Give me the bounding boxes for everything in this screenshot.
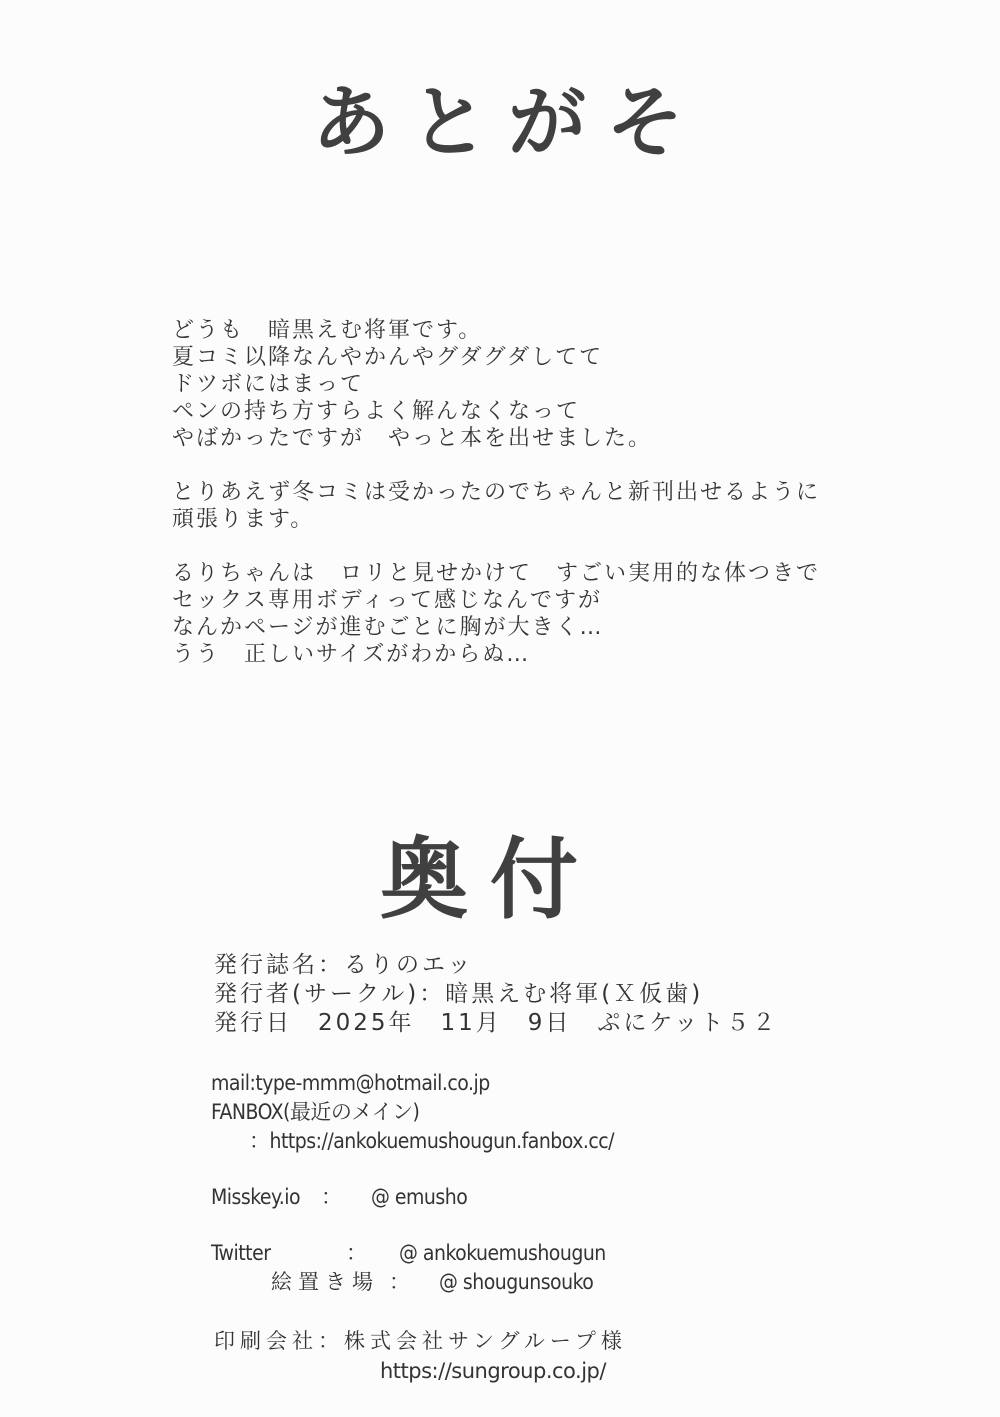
afterword-paragraph: るりちゃんは ロリと見せかけて すごい実用的な体つきで セックス専用ボディって感…: [172, 560, 820, 668]
art-dump-colon: ：: [389, 1268, 439, 1297]
text-line: 頑張ります。: [172, 506, 820, 533]
afterword-paragraph: とりあえず冬コミは受かったのでちゃんと新刊出せるように 頑張ります。: [172, 479, 820, 533]
text-line: るりちゃんは ロリと見せかけて すごい実用的な体つきで: [172, 560, 820, 587]
mail-address[interactable]: mail:type-mmm@hotmail.co.jp: [211, 1069, 614, 1098]
art-dump-handle[interactable]: @ shougunsouko: [439, 1268, 593, 1297]
text-line: なんかページが進むごとに胸が大きく…: [172, 614, 820, 641]
spacer: [211, 1212, 614, 1239]
printer-url[interactable]: https://sungroup.co.jp/: [214, 1356, 627, 1386]
fanbox-label: FANBOX(最近のメイン): [211, 1098, 614, 1127]
art-dump-label: 絵置き場: [271, 1268, 389, 1297]
text-line: とりあえず冬コミは受かったのでちゃんと新刊出せるように: [172, 479, 820, 506]
printer-line: 印刷会社：株式会社サングループ様: [214, 1326, 627, 1356]
text-line: ドツボにはまって: [172, 371, 820, 398]
afterword-title: あとがそ: [312, 84, 704, 162]
publisher-line: 発行者(サークル)：暗黒えむ将軍(Ｘ仮歯): [214, 980, 778, 1009]
printer-info: 印刷会社：株式会社サングループ様 https://sungroup.co.jp/: [214, 1326, 627, 1386]
afterword-body: どうも 暗黒えむ将軍です。 夏コミ以降なんやかんやグダグダしてて ドツボにはまっ…: [172, 317, 820, 695]
book-page: あとがそ どうも 暗黒えむ将軍です。 夏コミ以降なんやかんやグダグダしてて ドツ…: [0, 0, 1000, 1417]
afterword-paragraph: どうも 暗黒えむ将軍です。 夏コミ以降なんやかんやグダグダしてて ドツボにはまっ…: [172, 317, 820, 452]
fanbox-url[interactable]: ：https://ankokuemushougun.fanbox.cc/: [211, 1127, 614, 1156]
misskey-label: Misskey.io: [211, 1183, 321, 1212]
text-line: セックス専用ボディって感じなんですが: [172, 587, 820, 614]
text-line: ペンの持ち方すらよく解んなくなって: [172, 398, 820, 425]
text-line: 夏コミ以降なんやかんやグダグダしてて: [172, 344, 820, 371]
art-dump-row: 絵置き場 ： @ shougunsouko: [211, 1268, 614, 1297]
misskey-colon: ：: [321, 1183, 371, 1212]
twitter-label: Twitter: [211, 1239, 346, 1268]
publication-title-line: 発行誌名：るりのエッ: [214, 951, 778, 980]
publish-date-line: 発行日 2025年 11月 9日 ぷにケット５２: [214, 1009, 778, 1038]
misskey-handle[interactable]: @ emusho: [371, 1183, 467, 1212]
contact-info: mail:type-mmm@hotmail.co.jp FANBOX(最近のメイ…: [211, 1069, 614, 1297]
twitter-colon: ：: [346, 1239, 399, 1268]
text-line: やばかったですが やっと本を出せました。: [172, 425, 820, 452]
spacer: [211, 1156, 614, 1183]
publication-info: 発行誌名：るりのエッ 発行者(サークル)：暗黒えむ将軍(Ｘ仮歯) 発行日 202…: [214, 951, 778, 1038]
misskey-row: Misskey.io ： @ emusho: [211, 1183, 614, 1212]
text-line: うう 正しいサイズがわからぬ…: [172, 641, 820, 668]
twitter-row: Twitter ： @ ankokuemushougun: [211, 1239, 614, 1268]
colophon-title: 奥付: [380, 836, 600, 924]
text-line: どうも 暗黒えむ将軍です。: [172, 317, 820, 344]
twitter-handle[interactable]: @ ankokuemushougun: [399, 1239, 606, 1268]
